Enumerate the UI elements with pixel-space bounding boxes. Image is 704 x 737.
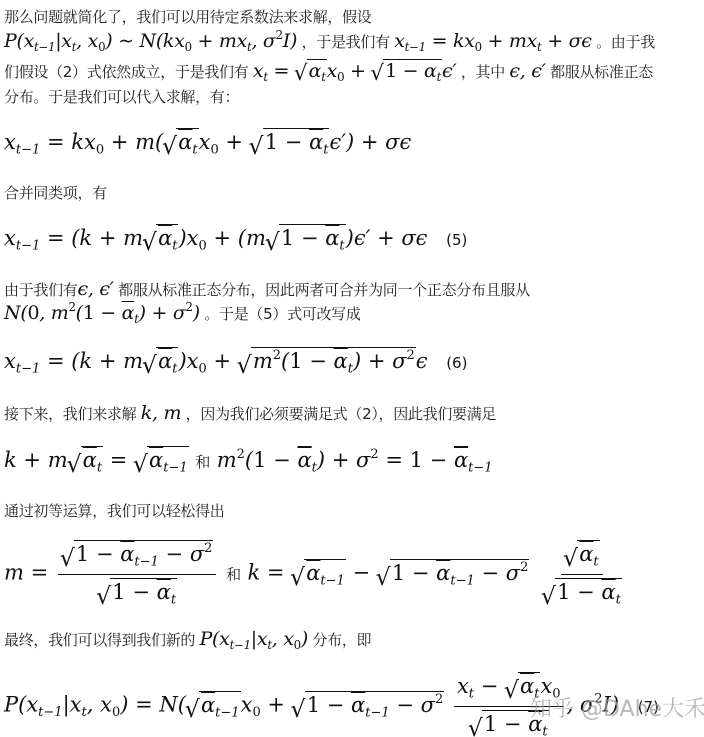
equation-substitution: xt−1 = kx0 + m(αtx0 + 1 − αtϵ′) + σϵ: [4, 128, 411, 159]
math-x-t: xt = αtx0 + 1 − αtϵ′: [253, 60, 456, 82]
text: 和: [195, 453, 210, 471]
text: 最终，我们可以得到我们新的: [4, 631, 195, 649]
equation-5: xt−1 = (k + mαt)x0 + (m1 − αt)ϵ′ + σϵ (5…: [4, 224, 467, 255]
fraction-m: 1 − αt−1 − σ2 1 − αt: [58, 540, 217, 608]
paragraph-derive: 通过初等运算，我们可以轻松得出: [4, 500, 225, 521]
math-k-m: k, m: [141, 402, 181, 424]
text: 们假设（2）式依然成立，于是我们有: [4, 63, 248, 81]
text: 通过初等运算，我们可以轻松得出: [4, 502, 225, 520]
paragraph-intro-line4: 分布。于是我们可以代入求解，有：: [4, 86, 239, 107]
equation-6: xt−1 = (k + mαt)x0 + m2(1 − αt) + σ2ϵ (6…: [4, 347, 467, 378]
math-N-dist: N(0, m2(1 − αt) + σ2): [4, 302, 200, 324]
math-eps: ϵ, ϵ′: [509, 60, 545, 82]
math-P-new: P(xt−1|xt, x0): [200, 628, 308, 650]
watermark: 知乎 @DAhe大禾: [530, 692, 704, 723]
text: ，其中: [461, 63, 505, 81]
text: 分布，即: [312, 631, 371, 649]
text: ，于是我们有: [302, 33, 390, 51]
equation-number-6: (6): [446, 354, 467, 372]
paragraph-merge-line2: N(0, m2(1 − αt) + σ2) 。于是（5）式可改写成: [4, 302, 361, 326]
math-x-t-minus-1: xt−1 = kx0 + mxt + σϵ: [394, 30, 591, 52]
text: 合并同类项，有: [4, 184, 107, 202]
paragraph-combine: 合并同类项，有: [4, 182, 107, 203]
text: 接下来，我们来求解: [4, 405, 136, 423]
paragraph-final: 最终，我们可以得到我们新的 P(xt−1|xt, x0) 分布，即: [4, 628, 371, 652]
fraction-k: αt 1 − αt: [539, 540, 625, 608]
text: 由于我们有: [4, 281, 78, 299]
paragraph-solve: 接下来，我们来求解 k, m ，因为我们必须要满足式（2），因此我们要满足: [4, 402, 496, 424]
paragraph-merge-line1: 由于我们有ϵ, ϵ′ 都服从标准正态分布，因此两者可合并为同一个正态分布且服从: [4, 278, 530, 300]
equation-conditions: k + mαt = αt−1 和 m2(1 − αt) + σ2 = 1 − α…: [4, 446, 493, 477]
text: ，因为我们必须要满足式（2），因此我们要满足: [186, 405, 496, 423]
math-P-conditional: P(xt−1|xt, x0) ∼ N(kx0 + mxt, σ2I): [4, 30, 297, 52]
equation-number-5: (5): [446, 231, 467, 249]
paragraph-intro-line3: 们假设（2）式依然成立，于是我们有 xt = αtx0 + 1 − αtϵ′ ，…: [4, 59, 653, 85]
text: 。由于我: [596, 33, 655, 51]
text: 和: [226, 566, 241, 584]
paragraph-intro-line1: 那么问题就简化了，我们可以用待定系数法来求解，假设: [4, 6, 372, 27]
text: 分布。于是我们可以代入求解，有：: [4, 88, 239, 106]
text: 那么问题就简化了，我们可以用待定系数法来求解，假设: [4, 8, 372, 26]
text: 都服从标准正态: [550, 63, 653, 81]
equation-m-k: m = 1 − αt−1 − σ2 1 − αt 和 k = αt−1 − 1 …: [4, 540, 628, 608]
text: 都服从标准正态分布，因此两者可合并为同一个正态分布且服从: [118, 281, 530, 299]
paragraph-intro-line2: P(xt−1|xt, x0) ∼ N(kx0 + mxt, σ2I) ，于是我们…: [4, 30, 655, 54]
text: 。于是（5）式可改写成: [204, 305, 360, 323]
math-eps: ϵ, ϵ′: [78, 278, 114, 300]
